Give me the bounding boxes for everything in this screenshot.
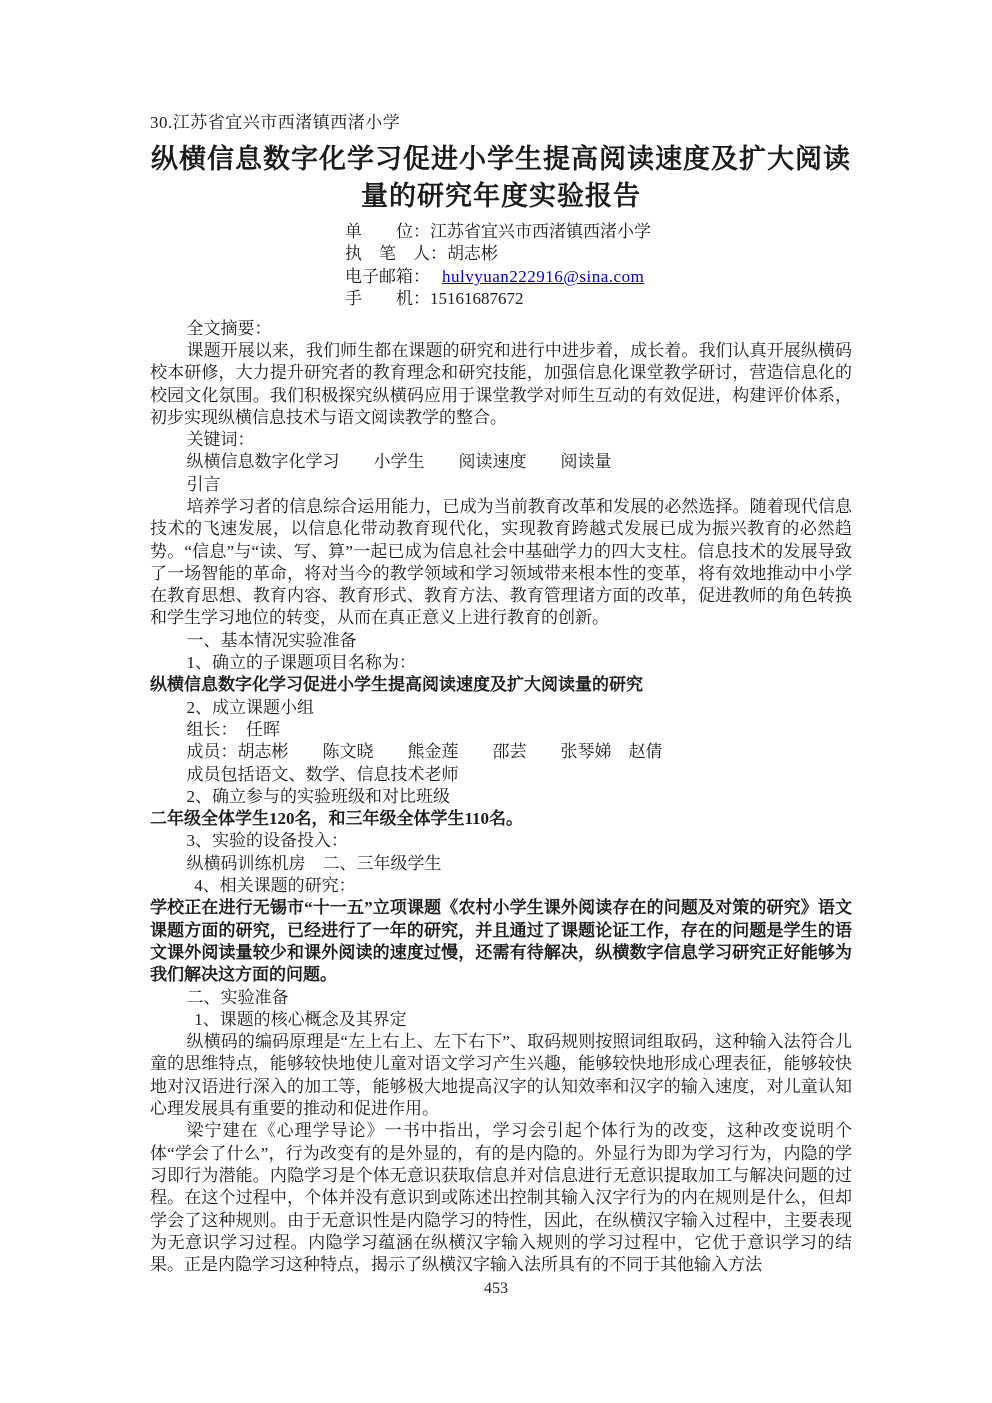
equipment-item-heading: 3、实验的设备投入： bbox=[150, 830, 852, 852]
concept-item-heading: 1、课题的核心概念及其界定 bbox=[150, 1009, 852, 1031]
report-title-line2: 量的研究年度实验报告 bbox=[150, 178, 852, 215]
meta-writer-value: 胡志彬 bbox=[447, 244, 498, 263]
meta-unit-row: 单 位：江苏省宜兴市西渚镇西渚小学 bbox=[345, 221, 852, 243]
abstract-paragraph: 课题开展以来，我们师生都在课题的研究和进行中进步着，成长着。我们认真开展纵横码校… bbox=[150, 340, 852, 429]
equipment-detail-line: 纵横码训练机房 二、三年级学生 bbox=[150, 853, 852, 875]
group-item-heading: 2、成立课题小组 bbox=[150, 697, 852, 719]
meta-block: 单 位：江苏省宜兴市西渚镇西渚小学 执 笔 人：胡志彬 电子邮箱：hulvyua… bbox=[345, 221, 852, 311]
email-link[interactable]: hulvyuan222916@sina.com bbox=[442, 267, 644, 286]
page-number: 453 bbox=[0, 1280, 992, 1298]
related-research-paragraph: 学校正在进行无锡市“十一五”立项课题《农村小学生课外阅读存在的问题及对策的研究》… bbox=[150, 897, 852, 986]
keywords-label: 关键词： bbox=[150, 429, 852, 451]
classes-detail-line: 二年级全体学生120名，和三年级全体学生110名。 bbox=[150, 808, 852, 830]
meta-email-label: 电子邮箱： bbox=[345, 267, 430, 286]
section-2-heading: 二、实验准备 bbox=[150, 987, 852, 1009]
meta-writer-label: 执 笔 人： bbox=[345, 244, 447, 263]
members-note-line: 成员包括语文、数学、信息技术老师 bbox=[150, 764, 852, 786]
subtopic-title-line: 纵横信息数字化学习促进小学生提高阅读速度及扩大阅读量的研究 bbox=[150, 674, 852, 696]
subtopic-item-heading: 1、确立的子课题项目名称为： bbox=[150, 652, 852, 674]
meta-email-row: 电子邮箱：hulvyuan222916@sina.com bbox=[345, 266, 852, 288]
meta-phone-label: 手 机： bbox=[345, 289, 430, 308]
document-page: 30.江苏省宜兴市西渚镇西渚小学 纵横信息数字化学习促进小学生提高阅读速度及扩大… bbox=[0, 0, 992, 1403]
classes-item-heading: 2、确立参与的实验班级和对比班级 bbox=[150, 786, 852, 808]
meta-unit-label: 单 位： bbox=[345, 222, 430, 241]
section-1-heading: 一、基本情况实验准备 bbox=[150, 630, 852, 652]
introduction-label: 引言 bbox=[150, 474, 852, 496]
introduction-paragraph: 培养学习者的信息综合运用能力，已成为当前教育改革和发展的必然选择。随着现代信息技… bbox=[150, 496, 852, 630]
document-body: 全文摘要： 课题开展以来，我们师生都在课题的研究和进行中进步着，成长着。我们认真… bbox=[150, 318, 852, 1277]
report-title-line1: 纵横信息数字化学习促进小学生提高阅读速度及扩大阅读 bbox=[150, 141, 852, 178]
meta-writer-row: 执 笔 人：胡志彬 bbox=[345, 243, 852, 265]
report-title: 纵横信息数字化学习促进小学生提高阅读速度及扩大阅读 量的研究年度实验报告 bbox=[150, 141, 852, 215]
meta-phone-row: 手 机：15161687672 bbox=[345, 288, 852, 310]
implicit-learning-paragraph: 梁宁建在《心理学导论》一书中指出，学习会引起个体行为的改变，这种改变说明个体“学… bbox=[150, 1120, 852, 1276]
meta-phone-value: 15161687672 bbox=[430, 289, 524, 308]
group-members-line: 成员：胡志彬 陈文晓 熊金莲 邵芸 张琴娣 赵倩 bbox=[150, 741, 852, 763]
meta-unit-value: 江苏省宜兴市西渚镇西渚小学 bbox=[430, 222, 651, 241]
document-content: 30.江苏省宜兴市西渚镇西渚小学 纵横信息数字化学习促进小学生提高阅读速度及扩大… bbox=[150, 112, 852, 1276]
related-research-heading: 4、相关课题的研究： bbox=[150, 875, 852, 897]
school-header-line: 30.江苏省宜兴市西渚镇西渚小学 bbox=[150, 112, 852, 134]
abstract-label: 全文摘要： bbox=[150, 318, 852, 340]
group-leader-line: 组长： 任晖 bbox=[150, 719, 852, 741]
keywords-line: 纵横信息数字化学习 小学生 阅读速度 阅读量 bbox=[150, 451, 852, 473]
concept-paragraph: 纵横码的编码原理是“左上右上、左下右下”、取码规则按照词组取码，这种输入法符合儿… bbox=[150, 1031, 852, 1120]
